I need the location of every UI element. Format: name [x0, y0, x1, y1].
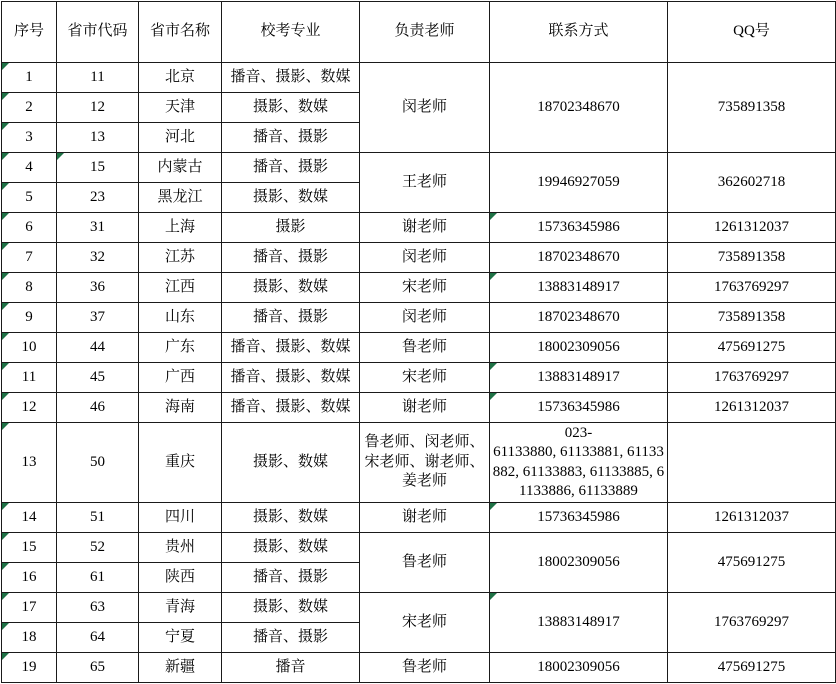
code-cell: 52 — [57, 533, 139, 563]
seq-cell: 3 — [2, 123, 57, 153]
province-cell: 广西 — [139, 363, 222, 393]
majors-cell: 播音、摄影 — [222, 563, 360, 593]
teacher-cell: 谢老师 — [360, 393, 490, 423]
province-cell: 天津 — [139, 93, 222, 123]
cell-error-marker-icon — [2, 503, 9, 510]
qq-cell: 475691275 — [668, 653, 836, 683]
phone-cell: 18002309056 — [490, 333, 668, 363]
majors-cell: 播音、摄影 — [222, 123, 360, 153]
province-cell: 北京 — [139, 63, 222, 93]
table-row: 836江西摄影、数媒宋老师138831489171763769297 — [2, 273, 836, 303]
province-cell: 江西 — [139, 273, 222, 303]
majors-cell: 摄影、数媒 — [222, 273, 360, 303]
cell-error-marker-icon — [2, 153, 9, 160]
table-row: 415内蒙古播音、摄影王老师19946927059362602718 — [2, 153, 836, 183]
code-cell: 45 — [57, 363, 139, 393]
province-cell: 贵州 — [139, 533, 222, 563]
teacher-cell: 谢老师 — [360, 213, 490, 243]
table-row: 1763青海摄影、数媒宋老师138831489171763769297 — [2, 593, 836, 623]
seq-cell: 17 — [2, 593, 57, 623]
table-row: 1246海南播音、摄影、数媒谢老师157363459861261312037 — [2, 393, 836, 423]
header-code: 省市代码 — [57, 2, 139, 63]
majors-cell: 摄影、数媒 — [222, 423, 360, 503]
province-cell: 宁夏 — [139, 623, 222, 653]
code-cell: 65 — [57, 653, 139, 683]
code-cell: 32 — [57, 243, 139, 273]
table-row: 1350重庆摄影、数媒鲁老师、闵老师、宋老师、谢老师、姜老师023- 61133… — [2, 423, 836, 503]
seq-cell: 14 — [2, 503, 57, 533]
seq-cell: 12 — [2, 393, 57, 423]
header-seq: 序号 — [2, 2, 57, 63]
header-name: 省市名称 — [139, 2, 222, 63]
majors-cell: 摄影、数媒 — [222, 503, 360, 533]
seq-cell: 13 — [2, 423, 57, 503]
seq-cell: 15 — [2, 533, 57, 563]
majors-cell: 播音、摄影 — [222, 623, 360, 653]
table-row: 1044广东播音、摄影、数媒鲁老师18002309056475691275 — [2, 333, 836, 363]
seq-cell: 9 — [2, 303, 57, 333]
teacher-cell: 鲁老师 — [360, 533, 490, 593]
code-cell: 51 — [57, 503, 139, 533]
phone-cell: 15736345986 — [490, 503, 668, 533]
header-row: 序号 省市代码 省市名称 校考专业 负责老师 联系方式 QQ号 — [2, 2, 836, 63]
cell-error-marker-icon — [490, 393, 497, 400]
seq-cell: 2 — [2, 93, 57, 123]
cell-error-marker-icon — [490, 363, 497, 370]
table-row: 111北京播音、摄影、数媒闵老师18702348670735891358 — [2, 63, 836, 93]
cell-error-marker-icon — [57, 153, 64, 160]
cell-error-marker-icon — [2, 213, 9, 220]
qq-cell: 1763769297 — [668, 363, 836, 393]
seq-cell: 1 — [2, 63, 57, 93]
province-cell: 上海 — [139, 213, 222, 243]
code-cell: 23 — [57, 183, 139, 213]
phone-cell: 18702348670 — [490, 243, 668, 273]
province-cell: 海南 — [139, 393, 222, 423]
qq-cell: 1261312037 — [668, 213, 836, 243]
contact-table: 序号 省市代码 省市名称 校考专业 负责老师 联系方式 QQ号 111北京播音、… — [1, 1, 836, 683]
code-cell: 36 — [57, 273, 139, 303]
majors-cell: 播音、摄影 — [222, 153, 360, 183]
qq-cell: 735891358 — [668, 63, 836, 153]
table-row: 1451四川摄影、数媒谢老师157363459861261312037 — [2, 503, 836, 533]
cell-error-marker-icon — [2, 273, 9, 280]
header-contact: 联系方式 — [490, 2, 668, 63]
table-row: 1552贵州摄影、数媒鲁老师18002309056475691275 — [2, 533, 836, 563]
code-cell: 64 — [57, 623, 139, 653]
majors-cell: 摄影、数媒 — [222, 533, 360, 563]
seq-cell: 18 — [2, 623, 57, 653]
cell-error-marker-icon — [490, 273, 497, 280]
seq-cell: 8 — [2, 273, 57, 303]
teacher-cell: 谢老师 — [360, 503, 490, 533]
seq-cell: 4 — [2, 153, 57, 183]
code-cell: 31 — [57, 213, 139, 243]
phone-cell: 023- 61133880, 61133881, 61133882, 61133… — [490, 423, 668, 503]
seq-cell: 5 — [2, 183, 57, 213]
cell-error-marker-icon — [2, 623, 9, 630]
code-cell: 15 — [57, 153, 139, 183]
cell-error-marker-icon — [2, 563, 9, 570]
majors-cell: 播音 — [222, 653, 360, 683]
qq-cell — [668, 423, 836, 503]
teacher-cell: 王老师 — [360, 153, 490, 213]
teacher-cell: 鲁老师 — [360, 333, 490, 363]
qq-cell: 1261312037 — [668, 503, 836, 533]
phone-cell: 15736345986 — [490, 393, 668, 423]
cell-error-marker-icon — [2, 93, 9, 100]
province-cell: 山东 — [139, 303, 222, 333]
province-cell: 黑龙江 — [139, 183, 222, 213]
qq-cell: 735891358 — [668, 243, 836, 273]
qq-cell: 1763769297 — [668, 273, 836, 303]
phone-cell: 18702348670 — [490, 63, 668, 153]
cell-error-marker-icon — [2, 423, 9, 430]
majors-cell: 摄影、数媒 — [222, 183, 360, 213]
code-cell: 37 — [57, 303, 139, 333]
table-row: 732江苏播音、摄影闵老师18702348670735891358 — [2, 243, 836, 273]
province-cell: 四川 — [139, 503, 222, 533]
table-row: 1145广西播音、摄影、数媒宋老师138831489171763769297 — [2, 363, 836, 393]
table-body: 111北京播音、摄影、数媒闵老师18702348670735891358212天… — [2, 63, 836, 683]
majors-cell: 摄影 — [222, 213, 360, 243]
seq-cell: 7 — [2, 243, 57, 273]
phone-cell: 15736345986 — [490, 213, 668, 243]
cell-error-marker-icon — [2, 363, 9, 370]
majors-cell: 摄影、数媒 — [222, 93, 360, 123]
cell-error-marker-icon — [2, 123, 9, 130]
cell-error-marker-icon — [2, 593, 9, 600]
province-cell: 重庆 — [139, 423, 222, 503]
cell-error-marker-icon — [2, 183, 9, 190]
phone-cell: 18002309056 — [490, 653, 668, 683]
table-row: 631上海摄影谢老师157363459861261312037 — [2, 213, 836, 243]
phone-cell: 18002309056 — [490, 533, 668, 593]
majors-cell: 播音、摄影 — [222, 243, 360, 273]
code-cell: 12 — [57, 93, 139, 123]
cell-error-marker-icon — [2, 393, 9, 400]
qq-cell: 362602718 — [668, 153, 836, 213]
phone-cell: 19946927059 — [490, 153, 668, 213]
qq-cell: 475691275 — [668, 533, 836, 593]
seq-cell: 16 — [2, 563, 57, 593]
table-row: 1965新疆播音鲁老师18002309056475691275 — [2, 653, 836, 683]
table-row: 937山东播音、摄影闵老师18702348670735891358 — [2, 303, 836, 333]
province-cell: 广东 — [139, 333, 222, 363]
province-cell: 河北 — [139, 123, 222, 153]
phone-cell: 13883148917 — [490, 363, 668, 393]
majors-cell: 摄影、数媒 — [222, 593, 360, 623]
majors-cell: 播音、摄影、数媒 — [222, 333, 360, 363]
table-header: 序号 省市代码 省市名称 校考专业 负责老师 联系方式 QQ号 — [2, 2, 836, 63]
cell-error-marker-icon — [2, 63, 9, 70]
cell-error-marker-icon — [490, 503, 497, 510]
province-cell: 新疆 — [139, 653, 222, 683]
cell-error-marker-icon — [2, 333, 9, 340]
teacher-cell: 鲁老师 — [360, 653, 490, 683]
majors-cell: 播音、摄影、数媒 — [222, 363, 360, 393]
code-cell: 46 — [57, 393, 139, 423]
qq-cell: 1261312037 — [668, 393, 836, 423]
seq-cell: 10 — [2, 333, 57, 363]
code-cell: 61 — [57, 563, 139, 593]
cell-error-marker-icon — [2, 533, 9, 540]
code-cell: 50 — [57, 423, 139, 503]
majors-cell: 播音、摄影、数媒 — [222, 393, 360, 423]
code-cell: 11 — [57, 63, 139, 93]
qq-cell: 475691275 — [668, 333, 836, 363]
teacher-cell: 宋老师 — [360, 273, 490, 303]
province-cell: 江苏 — [139, 243, 222, 273]
teacher-cell: 鲁老师、闵老师、宋老师、谢老师、姜老师 — [360, 423, 490, 503]
phone-cell: 13883148917 — [490, 273, 668, 303]
teacher-cell: 闵老师 — [360, 303, 490, 333]
code-cell: 63 — [57, 593, 139, 623]
qq-cell: 1763769297 — [668, 593, 836, 653]
cell-error-marker-icon — [490, 213, 497, 220]
seq-cell: 19 — [2, 653, 57, 683]
teacher-cell: 宋老师 — [360, 363, 490, 393]
province-cell: 青海 — [139, 593, 222, 623]
teacher-cell: 宋老师 — [360, 593, 490, 653]
header-major: 校考专业 — [222, 2, 360, 63]
cell-error-marker-icon — [2, 653, 9, 660]
cell-error-marker-icon — [2, 243, 9, 250]
majors-cell: 播音、摄影 — [222, 303, 360, 333]
province-cell: 内蒙古 — [139, 153, 222, 183]
header-qq: QQ号 — [668, 2, 836, 63]
seq-cell: 11 — [2, 363, 57, 393]
majors-cell: 播音、摄影、数媒 — [222, 63, 360, 93]
code-cell: 13 — [57, 123, 139, 153]
code-cell: 44 — [57, 333, 139, 363]
header-teacher: 负责老师 — [360, 2, 490, 63]
teacher-cell: 闵老师 — [360, 243, 490, 273]
qq-cell: 735891358 — [668, 303, 836, 333]
seq-cell: 6 — [2, 213, 57, 243]
teacher-cell: 闵老师 — [360, 63, 490, 153]
cell-error-marker-icon — [490, 593, 497, 600]
cell-error-marker-icon — [2, 303, 9, 310]
table-sheet: 序号 省市代码 省市名称 校考专业 负责老师 联系方式 QQ号 111北京播音、… — [0, 0, 836, 684]
province-cell: 陕西 — [139, 563, 222, 593]
phone-cell: 18702348670 — [490, 303, 668, 333]
phone-cell: 13883148917 — [490, 593, 668, 653]
